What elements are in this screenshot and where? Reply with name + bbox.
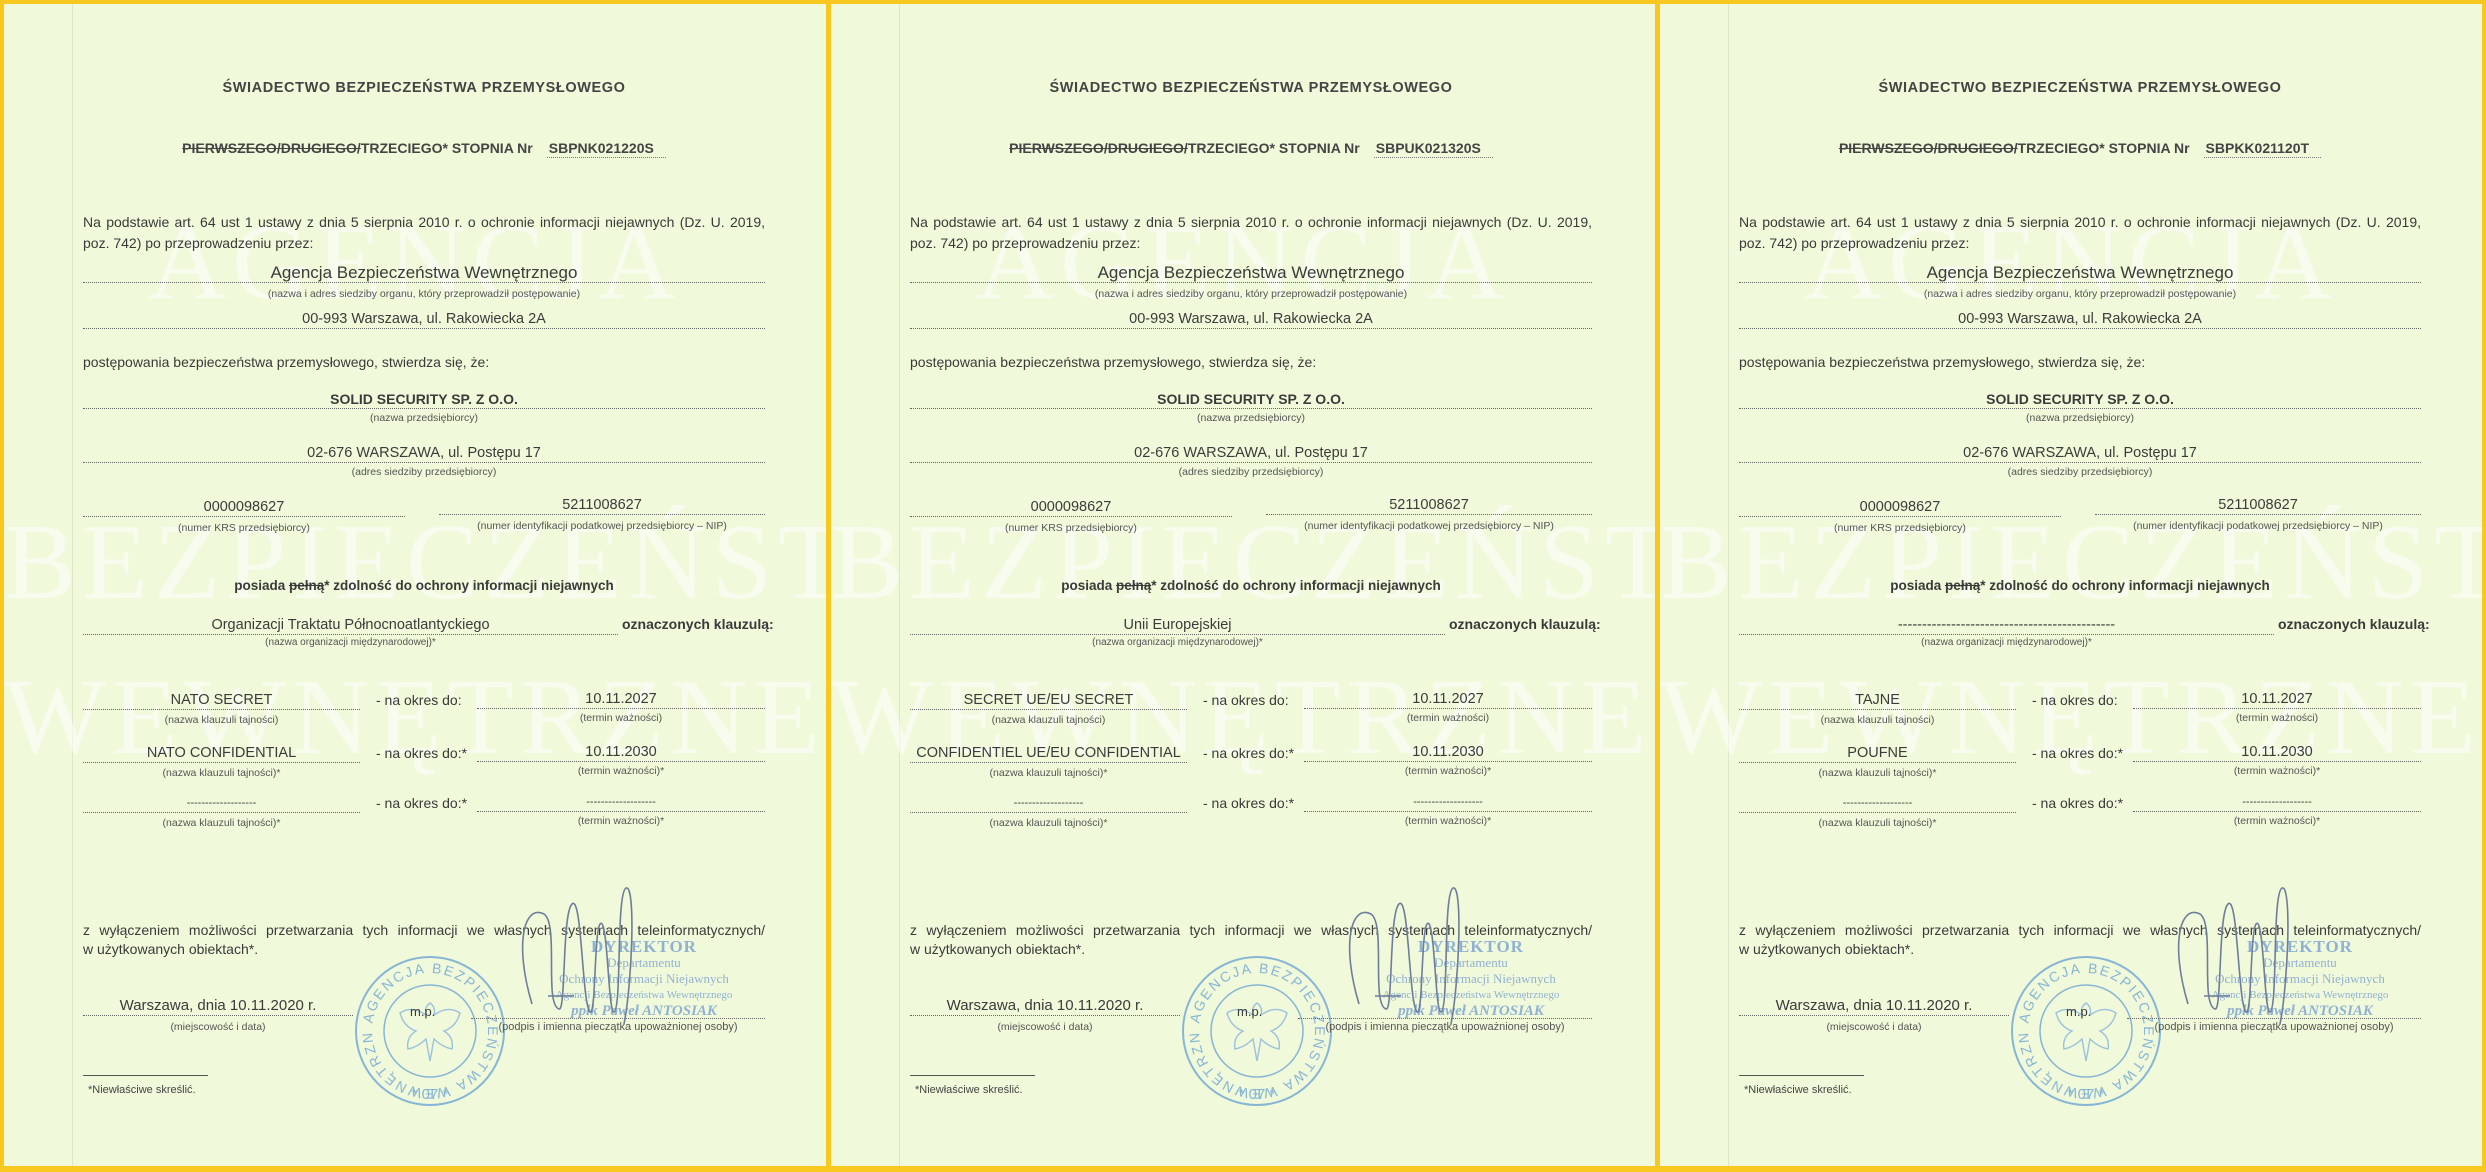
company-address-caption: (adres siedziby przedsiębiorcy) (910, 466, 1592, 478)
period-label: - na okres do:* (2032, 795, 2123, 811)
nip-number: 5211008627 (1266, 496, 1592, 515)
exclusion-line-2: w użytkowanych obiektach*. (910, 941, 1085, 957)
certificate-number: SBPNK021220S (547, 140, 666, 158)
certificate-number: SBPKK021120T (2204, 140, 2322, 158)
exclusion-line-2: w użytkowanych obiektach*. (1739, 941, 1914, 957)
place-date-caption: (miejscowość i data) (83, 1021, 353, 1033)
validity-caption: (termin ważności)* (477, 815, 765, 827)
exclusion-line-1: z wyłączeniem możliwości przetwarzania t… (1739, 922, 2421, 938)
certificate-degree: PIERWSZEGO/DRUGIEGO/TRZECIEGO* STOPNIA N… (83, 140, 765, 158)
company-address: 02-676 WARSZAWA, ul. Postępu 17 (83, 444, 765, 463)
intl-org-name: Organizacji Traktatu Północnoatlantyckie… (83, 616, 618, 635)
authority-address: 00-993 Warszawa, ul. Rakowiecka 2A (83, 310, 765, 329)
krs-caption: (numer KRS przedsiębiorcy) (83, 522, 405, 534)
company-name: SOLID SECURITY SP. Z O.O. (1739, 390, 2421, 409)
company-caption: (nazwa przedsiębiorcy) (910, 412, 1592, 424)
clause-caption: (nazwa klauzuli tajności) (910, 714, 1187, 726)
marked-with-label: oznaczonych klauzulą: (622, 616, 774, 632)
validity-caption: (termin ważności)* (2133, 765, 2421, 777)
nip-caption: (numer identyfikacji podatkowej przedsię… (2095, 520, 2421, 532)
intl-org-caption: (nazwa organizacji międzynarodowej)* (1739, 637, 2274, 648)
certificate-title: ŚWIADECTWO BEZPIECZEŃSTWA PRZEMYSŁOWEGO (83, 80, 765, 96)
company-address-caption: (adres siedziby przedsiębiorcy) (83, 466, 765, 478)
clause-name: NATO CONFIDENTIAL (83, 744, 360, 763)
clause-caption: (nazwa klauzuli tajności)* (83, 767, 360, 779)
intl-org-name: ----------------------------------------… (1739, 616, 2274, 635)
authority-caption: (nazwa i adres siedziby organu, który pr… (910, 288, 1592, 300)
clause-caption: (nazwa klauzuli tajności)* (1739, 767, 2016, 779)
validity-caption: (termin ważności)* (477, 765, 765, 777)
certificate-title: ŚWIADECTWO BEZPIECZEŃSTWA PRZEMYSŁOWEGO (1739, 80, 2421, 96)
capacity-pre: posiada (1890, 578, 1945, 593)
valid-until: 10.11.2027 (477, 690, 765, 709)
certificate-page-2: AGENCJA BEZPIECZEŃSTWA WEWNĘTRZNEGO ŚWIA… (831, 4, 1655, 1166)
certificate-page-1: AGENCJA BEZPIECZEŃSTWA WEWNĘTRZNEGO ŚWIA… (4, 4, 826, 1166)
period-label: - na okres do:* (376, 795, 467, 811)
degree-struck: PIERWSZEGO/DRUGIEGO/ (1839, 140, 2018, 156)
valid-until: 10.11.2030 (1304, 743, 1592, 762)
footnote: *Niewłaściwe skreślić. (915, 1084, 1023, 1096)
legal-basis: Na podstawie art. 64 ust 1 ustawy z dnia… (910, 212, 1592, 254)
nip-number: 5211008627 (2095, 496, 2421, 515)
krs-number: 0000098627 (910, 498, 1232, 517)
clause-name: ------------------- (910, 794, 1187, 813)
certificate-number: SBPUK021320S (1374, 140, 1493, 158)
procedure-text: postępowania bezpieczeństwa przemysłoweg… (83, 354, 489, 370)
clause-name: ------------------- (83, 794, 360, 813)
footnote: *Niewłaściwe skreślić. (1744, 1084, 1852, 1096)
seal-label: m.p. (410, 1004, 435, 1019)
degree-kept: TRZECIEGO* STOPNIA Nr (361, 140, 533, 156)
place-date: Warszawa, dnia 10.11.2020 r. (1739, 997, 2009, 1016)
seal-label: m.p. (1237, 1004, 1262, 1019)
capacity-statement: posiada pełną* zdolność do ochrony infor… (1739, 578, 2421, 593)
valid-until: ------------------- (477, 793, 765, 812)
krs-number: 0000098627 (83, 498, 405, 517)
authority-name: Agencja Bezpieczeństwa Wewnętrznego (83, 264, 765, 283)
procedure-text: postępowania bezpieczeństwa przemysłoweg… (910, 354, 1316, 370)
margin-line (899, 4, 900, 1166)
clause-name: TAJNE (1739, 691, 2016, 710)
handwritten-signature-icon (504, 884, 654, 1034)
validity-caption: (termin ważności) (2133, 712, 2421, 724)
degree-struck: PIERWSZEGO/DRUGIEGO/ (1009, 140, 1188, 156)
certificate-degree: PIERWSZEGO/DRUGIEGO/TRZECIEGO* STOPNIA N… (910, 140, 1592, 158)
clause-name: ------------------- (1739, 794, 2016, 813)
seal-label: m.p. (2066, 1004, 2091, 1019)
company-address-caption: (adres siedziby przedsiębiorcy) (1739, 466, 2421, 478)
footnote-divider (1739, 1075, 1864, 1076)
nip-number: 5211008627 (439, 496, 765, 515)
company-name: SOLID SECURITY SP. Z O.O. (910, 390, 1592, 409)
procedure-text: postępowania bezpieczeństwa przemysłoweg… (1739, 354, 2145, 370)
authority-name: Agencja Bezpieczeństwa Wewnętrznego (1739, 264, 2421, 283)
valid-until: 10.11.2027 (1304, 690, 1592, 709)
period-label: - na okres do: (1203, 692, 1289, 708)
exclusion-line-2: w użytkowanych obiektach*. (83, 941, 258, 957)
company-address: 02-676 WARSZAWA, ul. Postępu 17 (910, 444, 1592, 463)
validity-caption: (termin ważności) (1304, 712, 1592, 724)
krs-caption: (numer KRS przedsiębiorcy) (910, 522, 1232, 534)
authority-caption: (nazwa i adres siedziby organu, który pr… (83, 288, 765, 300)
place-date-caption: (miejscowość i data) (910, 1021, 1180, 1033)
krs-caption: (numer KRS przedsiębiorcy) (1739, 522, 2061, 534)
intl-org-name: Unii Europejskiej (910, 616, 1445, 635)
degree-kept: TRZECIEGO* STOPNIA Nr (1188, 140, 1360, 156)
period-label: - na okres do: (376, 692, 462, 708)
period-label: - na okres do:* (376, 745, 467, 761)
capacity-struck: pełną (1945, 578, 1980, 593)
validity-caption: (termin ważności)* (1304, 815, 1592, 827)
exclusion-line-1: z wyłączeniem możliwości przetwarzania t… (910, 922, 1592, 938)
marked-with-label: oznaczonych klauzulą: (2278, 616, 2430, 632)
nip-caption: (numer identyfikacji podatkowej przedsię… (1266, 520, 1592, 532)
capacity-pre: posiada (1061, 578, 1116, 593)
validity-caption: (termin ważności) (477, 712, 765, 724)
intl-org-caption: (nazwa organizacji międzynarodowej)* (910, 637, 1445, 648)
legal-basis: Na podstawie art. 64 ust 1 ustawy z dnia… (83, 212, 765, 254)
place-date-caption: (miejscowość i data) (1739, 1021, 2009, 1033)
handwritten-signature-icon (1331, 884, 1481, 1034)
clause-caption: (nazwa klauzuli tajności)* (910, 767, 1187, 779)
capacity-post: * zdolność do ochrony informacji niejawn… (1980, 578, 2270, 593)
authority-caption: (nazwa i adres siedziby organu, który pr… (1739, 288, 2421, 300)
valid-until: 10.11.2030 (477, 743, 765, 762)
authority-address: 00-993 Warszawa, ul. Rakowiecka 2A (910, 310, 1592, 329)
valid-until: 10.11.2027 (2133, 690, 2421, 709)
capacity-post: * zdolność do ochrony informacji niejawn… (1151, 578, 1441, 593)
svg-text:* 07 *: * 07 * (1239, 1086, 1276, 1103)
validity-caption: (termin ważności)* (1304, 765, 1592, 777)
svg-text:* 07 *: * 07 * (2068, 1086, 2105, 1103)
clause-caption: (nazwa klauzuli tajności)* (83, 817, 360, 829)
clause-caption: (nazwa klauzuli tajności) (1739, 714, 2016, 726)
clause-name: CONFIDENTIEL UE/EU CONFIDENTIAL (910, 744, 1187, 763)
margin-line (72, 4, 73, 1166)
svg-text:* 07 *: * 07 * (412, 1086, 449, 1103)
place-date: Warszawa, dnia 10.11.2020 r. (910, 997, 1180, 1016)
period-label: - na okres do:* (1203, 795, 1294, 811)
nip-caption: (numer identyfikacji podatkowej przedsię… (439, 520, 765, 532)
degree-struck: PIERWSZEGO/DRUGIEGO/ (182, 140, 361, 156)
capacity-statement: posiada pełną* zdolność do ochrony infor… (83, 578, 765, 593)
footnote-divider (910, 1075, 1035, 1076)
degree-kept: TRZECIEGO* STOPNIA Nr (2018, 140, 2190, 156)
company-address: 02-676 WARSZAWA, ul. Postępu 17 (1739, 444, 2421, 463)
authority-address: 00-993 Warszawa, ul. Rakowiecka 2A (1739, 310, 2421, 329)
capacity-struck: pełną (289, 578, 324, 593)
clause-name: NATO SECRET (83, 691, 360, 710)
capacity-statement: posiada pełną* zdolność do ochrony infor… (910, 578, 1592, 593)
authority-name: Agencja Bezpieczeństwa Wewnętrznego (910, 264, 1592, 283)
clause-name: SECRET UE/EU SECRET (910, 691, 1187, 710)
certificate-title: ŚWIADECTWO BEZPIECZEŃSTWA PRZEMYSŁOWEGO (910, 80, 1592, 96)
margin-line (1728, 4, 1729, 1166)
legal-basis: Na podstawie art. 64 ust 1 ustawy z dnia… (1739, 212, 2421, 254)
certificate-page-3: AGENCJA BEZPIECZEŃSTWA WEWNĘTRZNEGO ŚWIA… (1660, 4, 2482, 1166)
company-caption: (nazwa przedsiębiorcy) (1739, 412, 2421, 424)
exclusion-line-1: z wyłączeniem możliwości przetwarzania t… (83, 922, 765, 938)
place-date: Warszawa, dnia 10.11.2020 r. (83, 997, 353, 1016)
clause-name: POUFNE (1739, 744, 2016, 763)
clause-caption: (nazwa klauzuli tajności) (83, 714, 360, 726)
period-label: - na okres do:* (1203, 745, 1294, 761)
capacity-pre: posiada (234, 578, 289, 593)
clause-caption: (nazwa klauzuli tajności)* (910, 817, 1187, 829)
valid-until: ------------------- (2133, 793, 2421, 812)
handwritten-signature-icon (2160, 884, 2310, 1034)
company-caption: (nazwa przedsiębiorcy) (83, 412, 765, 424)
footnote: *Niewłaściwe skreślić. (88, 1084, 196, 1096)
footnote-divider (83, 1075, 208, 1076)
valid-until: ------------------- (1304, 793, 1592, 812)
valid-until: 10.11.2030 (2133, 743, 2421, 762)
marked-with-label: oznaczonych klauzulą: (1449, 616, 1601, 632)
validity-caption: (termin ważności)* (2133, 815, 2421, 827)
capacity-post: * zdolność do ochrony informacji niejawn… (324, 578, 614, 593)
period-label: - na okres do:* (2032, 745, 2123, 761)
capacity-struck: pełną (1116, 578, 1151, 593)
clause-caption: (nazwa klauzuli tajności)* (1739, 817, 2016, 829)
certificate-degree: PIERWSZEGO/DRUGIEGO/TRZECIEGO* STOPNIA N… (1739, 140, 2421, 158)
krs-number: 0000098627 (1739, 498, 2061, 517)
intl-org-caption: (nazwa organizacji międzynarodowej)* (83, 637, 618, 648)
period-label: - na okres do: (2032, 692, 2118, 708)
company-name: SOLID SECURITY SP. Z O.O. (83, 390, 765, 409)
